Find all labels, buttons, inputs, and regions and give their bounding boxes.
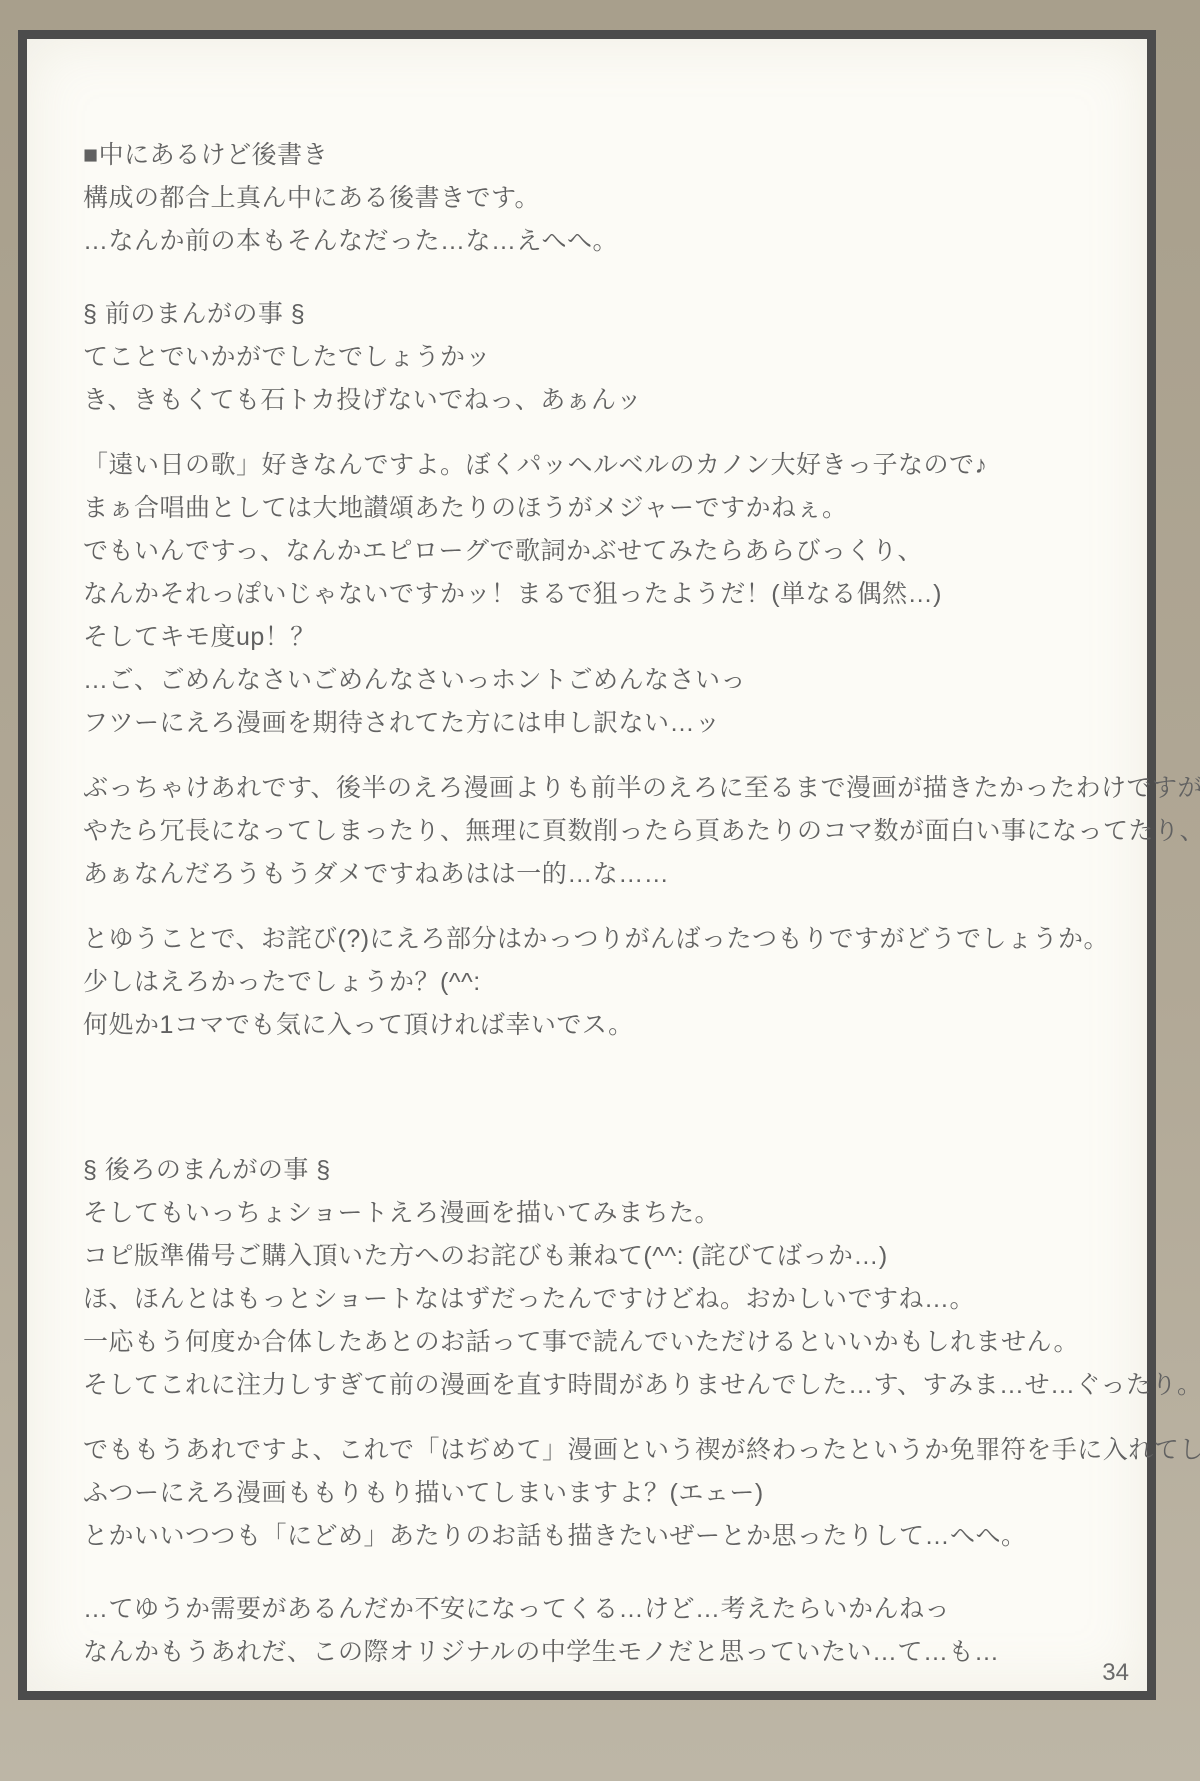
text-line: …ご、ごめんなさいごめんなさいっホントごめんなさいっ [83,659,1117,702]
text-line: でもいんですっ、なんかエピローグで歌詞かぶせてみたらあらびっくり、 [83,530,1117,573]
text-line: コピ版準備号ご購入頂いた方へのお詫びも兼ねて(^^: (詫びてばっか…) [83,1235,1117,1278]
text-line: き、きもくても石トカ投げないでねっ、あぁんッ [83,379,1117,422]
paragraph: でももうあれですよ、これで「はぢめて」漫画という禊が終わったというか免罪符を手に… [83,1429,1117,1558]
paragraph: § 前のまんがの事 § てことでいかがでしたでしょうかッ き、きもくても石トカ投… [83,293,1117,422]
section-heading: ■中にあるけど後書き [83,134,1117,177]
text-line: あぁなんだろうもうダメですねあはは一的…な…… [83,853,1117,896]
section-heading: § 前のまんがの事 § [83,293,1117,336]
paragraph: ■中にあるけど後書き 構成の都合上真ん中にある後書きです。 …なんか前の本もそん… [83,134,1117,263]
text-line: ふつーにえろ漫画ももりもり描いてしまいますよ？(エェー) [83,1472,1117,1515]
afterword-text: ■中にあるけど後書き 構成の都合上真ん中にある後書きです。 …なんか前の本もそん… [27,39,1147,1674]
scanned-page: { "page_number": "34", "colors": { "oute… [0,0,1200,1781]
paragraph: § 後ろのまんがの事 § そしてもいっちょショートえろ漫画を描いてみまちた。 コ… [83,1149,1117,1407]
text-line: そしてキモ度up！？ [83,616,1117,659]
text-line: なんかそれっぽいじゃないですかッ！まるで狙ったようだ！(単なる偶然…) [83,573,1117,616]
text-line: …てゆうか需要があるんだか不安になってくる…けど…考えたらいかんねっ [83,1588,1117,1631]
page-number: 34 [1102,1659,1129,1687]
text-line: ぶっちゃけあれです、後半のえろ漫画よりも前半のえろに至るまで漫画が描きたかったわ… [83,767,1117,810]
page-frame: ■中にあるけど後書き 構成の都合上真ん中にある後書きです。 …なんか前の本もそん… [18,30,1156,1700]
text-line: フツーにえろ漫画を期待されてた方には申し訳ない…ッ [83,702,1117,745]
text-line: まぁ合唱曲としては大地讃頌あたりのほうがメジャーですかねぇ。 [83,487,1117,530]
text-line: ほ、ほんとはもっとショートなはずだったんですけどね。おかしいですね…。 [83,1278,1117,1321]
paragraph: とゆうことで、お詫び(?)にえろ部分はかっつりがんばったつもりですがどうでしょう… [83,918,1117,1047]
text-line: なんかもうあれだ、この際オリジナルの中学生モノだと思っていたい…て…も… [83,1631,1117,1674]
text-line: でももうあれですよ、これで「はぢめて」漫画という禊が終わったというか免罪符を手に… [83,1429,1117,1472]
paragraph: …てゆうか需要があるんだか不安になってくる…けど…考えたらいかんねっ なんかもう… [83,1588,1117,1674]
text-line: 少しはえろかったでしょうか？(^^: [83,961,1117,1004]
paragraph: 「遠い日の歌」好きなんですよ。ぼくパッヘルベルのカノン大好きっ子なので♪ まぁ合… [83,444,1117,745]
text-line: 「遠い日の歌」好きなんですよ。ぼくパッヘルベルのカノン大好きっ子なので♪ [83,444,1117,487]
text-line: 一応もう何度か合体したあとのお話って事で読んでいただけるといいかもしれません。 [83,1321,1117,1364]
text-line: とかいいつつも「にどめ」あたりのお話も描きたいぜーとか思ったりして…へへ。 [83,1515,1117,1558]
text-line: 構成の都合上真ん中にある後書きです。 [83,177,1117,220]
text-line: そしてこれに注力しすぎて前の漫画を直す時間がありませんでした…す、すみま…せ…ぐ… [83,1364,1117,1407]
text-line: てことでいかがでしたでしょうかッ [83,336,1117,379]
text-line: 何処か1コマでも気に入って頂ければ幸いでス。 [83,1004,1117,1047]
text-line: とゆうことで、お詫び(?)にえろ部分はかっつりがんばったつもりですがどうでしょう… [83,918,1117,961]
paragraph: ぶっちゃけあれです、後半のえろ漫画よりも前半のえろに至るまで漫画が描きたかったわ… [83,767,1117,896]
text-line: そしてもいっちょショートえろ漫画を描いてみまちた。 [83,1192,1117,1235]
text-line: …なんか前の本もそんなだった…な…えへへ。 [83,220,1117,263]
text-line: やたら冗長になってしまったり、無理に頁数削ったら頁あたりのコマ数が面白い事になっ… [83,810,1117,853]
section-heading: § 後ろのまんがの事 § [83,1149,1117,1192]
